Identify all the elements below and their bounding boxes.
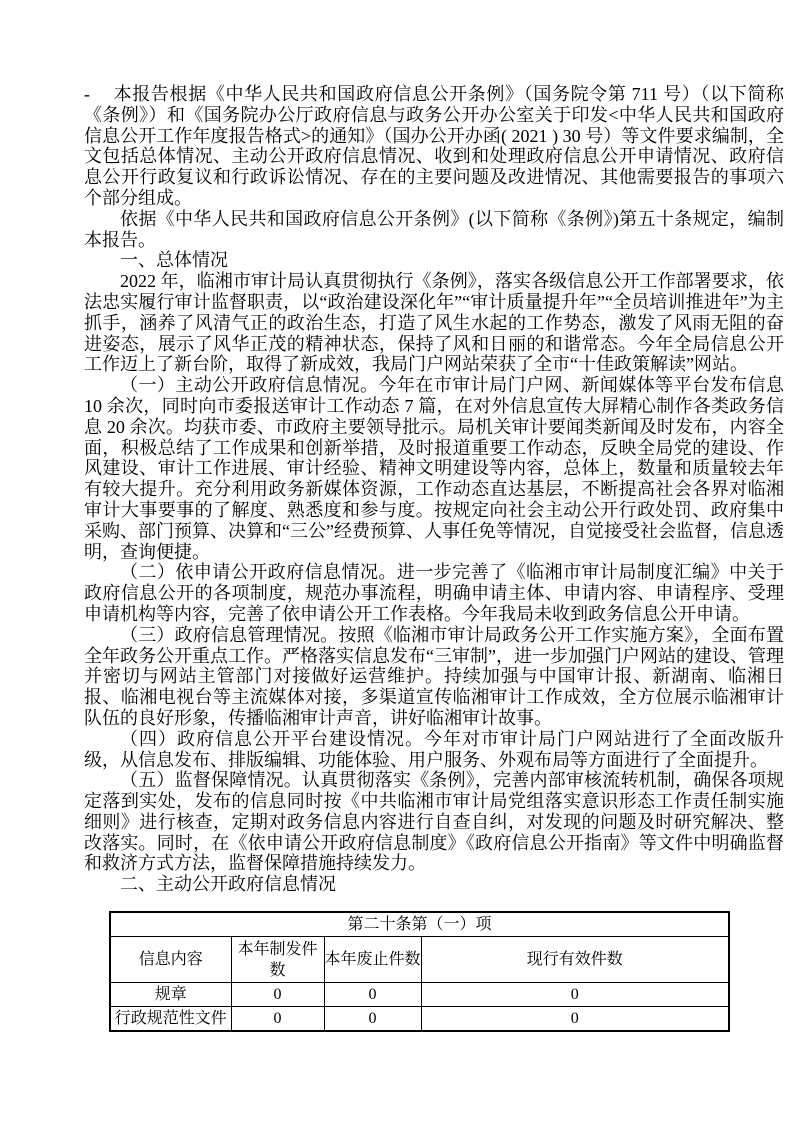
paragraph-item-5: （五）监督保障情况。认真贯彻落实《条例》，完善内部审核流转机制，确保各项规定落到… xyxy=(84,770,784,874)
paragraph-intro: -本报告根据《中华人民共和国政府信息公开条例》（国务院令第 711 号）（以下简… xyxy=(84,84,784,209)
table-caption-row: 第二十条第（一）项 xyxy=(110,912,729,937)
paragraph-item-3: （三）政府信息管理情况。按照《临湘市审计局政务公开工作实施方案》，全面布置全年政… xyxy=(84,625,784,729)
paragraph-overview: 2022 年，临湘市审计局认真贯彻执行《条例》，落实各级信息公开工作部署要求，依… xyxy=(84,271,784,375)
report-body: -本报告根据《中华人民共和国政府信息公开条例》（国务院令第 711 号）（以下简… xyxy=(84,84,784,895)
cell-value: 0 xyxy=(324,1007,421,1032)
cell-value: 0 xyxy=(421,983,729,1007)
column-header-info-content: 信息内容 xyxy=(110,937,231,983)
cell-value: 0 xyxy=(324,983,421,1007)
article-20-item-1-table: 第二十条第（一）项 信息内容 本年制发件数 本年废止件数 现行有效件数 规章 0… xyxy=(109,911,730,1032)
paragraph-item-4: （四）政府信息公开平台建设情况。今年对市审计局门户网站进行了全面改版升级，从信息… xyxy=(84,729,784,771)
table-caption: 第二十条第（一）项 xyxy=(110,912,729,937)
row-label: 规章 xyxy=(110,983,231,1007)
table-row-normative-documents: 行政规范性文件 0 0 0 xyxy=(110,1007,729,1032)
paragraph-item-1: （一）主动公开政府信息情况。今年在市审计局门户网、新闻媒体等平台发布信息 10 … xyxy=(84,375,784,562)
heading-section-1: 一、总体情况 xyxy=(84,250,784,271)
cell-value: 0 xyxy=(231,983,324,1007)
cell-value: 0 xyxy=(421,1007,729,1032)
paragraph-item-2: （二）依申请公开政府信息情况。进一步完善了《临湘市审计局制度汇编》中关于政府信息… xyxy=(84,562,784,624)
heading-section-2: 二、主动公开政府信息情况 xyxy=(84,874,784,895)
paragraph-basis: 依据《中华人民共和国政府信息公开条例》(以下简称《条例》)第五十条规定，编制本报… xyxy=(84,209,784,251)
table-row-regulations: 规章 0 0 0 xyxy=(110,983,729,1007)
column-header-currently-valid: 现行有效件数 xyxy=(421,937,729,983)
list-dash: - xyxy=(84,84,113,105)
paragraph-intro-text: 本报告根据《中华人民共和国政府信息公开条例》（国务院令第 711 号）（以下简称… xyxy=(84,84,784,208)
row-label: 行政规范性文件 xyxy=(110,1007,231,1032)
report-page: -本报告根据《中华人民共和国政府信息公开条例》（国务院令第 711 号）（以下简… xyxy=(0,0,793,1122)
table-header-row: 信息内容 本年制发件数 本年废止件数 现行有效件数 xyxy=(110,937,729,983)
column-header-repealed-this-year: 本年废止件数 xyxy=(324,937,421,983)
column-header-made-this-year: 本年制发件数 xyxy=(231,937,324,983)
cell-value: 0 xyxy=(231,1007,324,1032)
